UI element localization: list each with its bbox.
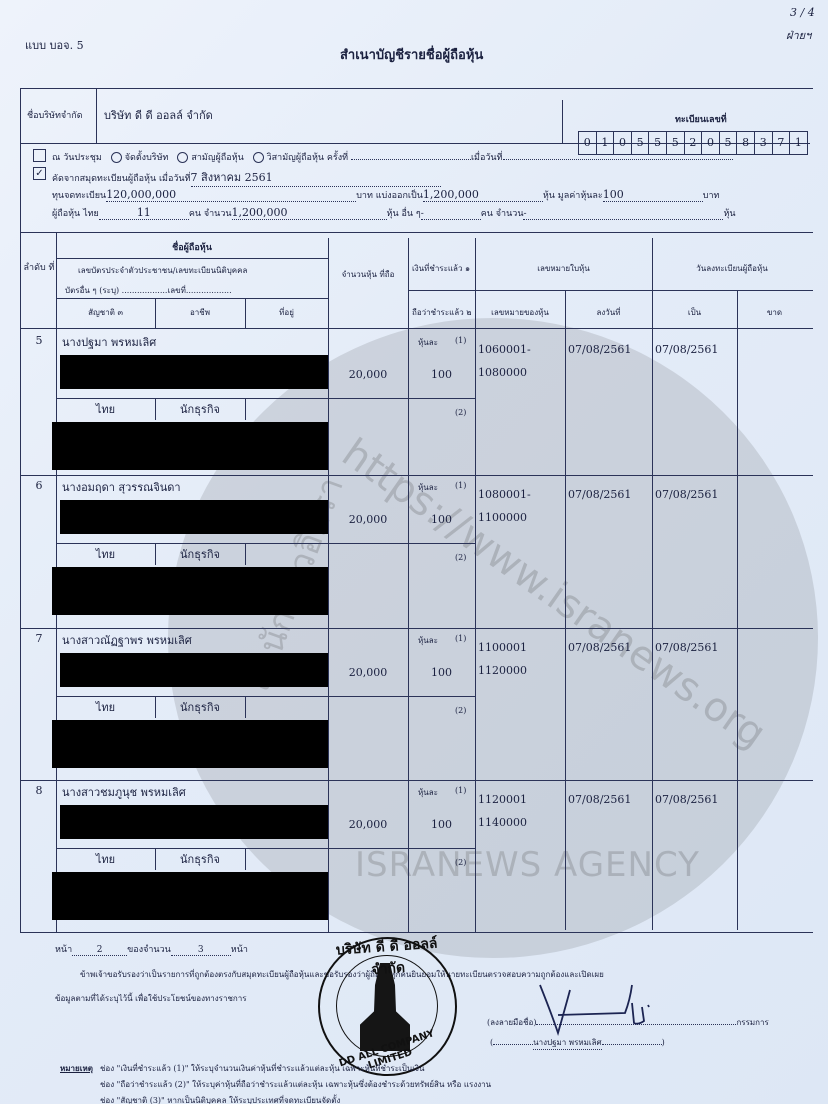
deemed-mark: (2) — [455, 408, 466, 417]
other-count: - — [421, 209, 481, 220]
date-label: เมื่อวันที่ — [471, 153, 503, 163]
extract-label: คัดจากสมุดทะเบียนผู้ถือหุ้น เมื่อวันที่ — [52, 174, 191, 184]
page-note: 3 / 4 — [790, 6, 815, 19]
page-label: หน้า — [55, 945, 72, 955]
capital-shares-unit: หุ้น มูลค่าหุ้นละ — [543, 191, 603, 201]
reg-digit: 3 — [755, 132, 773, 154]
redacted-id — [60, 500, 328, 534]
cert-dated: 07/08/2561 — [568, 343, 631, 356]
header-other-card: บัตรอื่น ๆ (ระบุ) ..................เลขท… — [65, 284, 232, 297]
holders-line: ผู้ถือหุ้น ไทย11คน จำนวน1,200,000หุ้น อื… — [52, 206, 736, 220]
paid-value: 100 — [408, 368, 475, 381]
extract-line: คัดจากสมุดทะเบียนผู้ถือหุ้น เมื่อวันที่7… — [52, 168, 441, 187]
deemed-mark: (2) — [455, 858, 466, 867]
header-share-no: เลขหมายของหุ้น — [475, 306, 565, 319]
occupation: นักธุรกิจ — [155, 545, 245, 563]
share-to: 1120000 — [478, 664, 527, 677]
watermark-agency: ISRANEWS AGENCY — [355, 845, 700, 885]
of-label: ของจำนวน — [127, 945, 171, 955]
capital-line: ทุนจดทะเบียน120,000,000บาท แบ่งออกเป็น1,… — [52, 188, 719, 202]
signature-scribble — [530, 975, 670, 1045]
form-code: แบบ บอจ. 5 — [25, 36, 84, 54]
shares-held: 20,000 — [328, 666, 408, 679]
holders-label: ผู้ถือหุ้น ไทย — [52, 209, 99, 219]
redacted-id — [60, 355, 328, 389]
page-counter: หน้า2ของจำนวน3หน้า — [55, 942, 248, 956]
nationality: ไทย — [56, 850, 155, 868]
capital-value: 120,000,000 — [106, 188, 356, 202]
capital-label: ทุนจดทะเบียน — [52, 191, 106, 201]
holder-name: นางปฐมา พรหมเลิศ — [62, 333, 156, 351]
other-persons: คน จำนวน — [481, 209, 524, 219]
sign-role: กรรมการ — [736, 1018, 768, 1027]
meeting-options: ณ วันประชุม จัดตั้งบริษัท สามัญผู้ถือหุ้… — [52, 150, 733, 164]
radio-extraordinary[interactable] — [253, 152, 264, 163]
page-number: 2 — [72, 945, 127, 956]
pages-label: หน้า — [231, 945, 248, 955]
other-shares: - — [523, 209, 723, 220]
capital-shares: 1,200,000 — [423, 188, 543, 202]
thai-shares: 1,200,000 — [232, 206, 387, 220]
nationality: ไทย — [56, 698, 155, 716]
header-paid: เงินที่ชำระแล้ว ๑ — [412, 262, 470, 275]
header-dated: ลงวันที่ — [565, 306, 652, 319]
note-1: ช่อง "เงินที่ชำระแล้ว (1)" ให้ระบุจำนวนเ… — [100, 1062, 424, 1075]
per-share-label: หุ้นละ — [418, 336, 438, 349]
paid-value: 100 — [408, 513, 475, 526]
reg-label: ทะเบียนเลขที่ — [675, 112, 727, 126]
became-date: 07/08/2561 — [655, 343, 718, 356]
header-address: ที่อยู่ — [245, 306, 328, 319]
header-holder-name: ชื่อผู้ถือหุ้น — [56, 240, 328, 254]
holders-unit: หุ้น — [723, 209, 735, 219]
row-order: 8 — [22, 784, 56, 797]
capital-par-unit: บาท — [703, 191, 720, 201]
became-date: 07/08/2561 — [655, 488, 718, 501]
company-label: ชื่อบริษัทจำกัด — [27, 108, 83, 122]
per-share-label: หุ้นละ — [418, 786, 438, 799]
reg-digit: 7 — [773, 132, 791, 154]
stamp-top-text: บริษัท ดี ดี ออลล์ จำกัด — [329, 932, 447, 984]
per-share-label: หุ้นละ — [418, 481, 438, 494]
paid-mark: (1) — [455, 481, 466, 490]
header-id-card: เลขบัตรประจำตัวประชาชน/เลขทะเบียนนิติบุค… — [78, 264, 247, 277]
header-ceased: ขาด — [737, 306, 812, 319]
header-reg-date: วันลงทะเบียนผู้ถือหุ้น — [652, 262, 812, 275]
redacted-address — [52, 872, 328, 920]
header-deemed-paid: ถือว่าชำระแล้ว ๒ — [412, 306, 472, 319]
cert-dated: 07/08/2561 — [568, 793, 631, 806]
notes-label: หมายเหตุ — [60, 1062, 93, 1075]
page-note-sub: ฝ่ายฯ — [786, 26, 811, 44]
share-to: 1080000 — [478, 366, 527, 379]
shares-held: 20,000 — [328, 818, 408, 831]
nationality: ไทย — [56, 400, 155, 418]
company-name: บริษัท ดี ดี ออลล์ จำกัด — [104, 106, 213, 124]
extract-checkbox[interactable]: ✓ — [33, 167, 46, 180]
redacted-id — [60, 805, 328, 839]
other-label: หุ้น อื่น ๆ — [387, 209, 421, 219]
row-order: 5 — [22, 334, 56, 347]
header-nationality: สัญชาติ ๓ — [56, 306, 155, 319]
paid-value: 100 — [408, 818, 475, 831]
redacted-address — [52, 422, 328, 470]
share-from: 1120001 — [478, 793, 527, 806]
share-to: 1100000 — [478, 511, 527, 524]
cert-dated: 07/08/2561 — [568, 641, 631, 654]
note-3: ช่อง "สัญชาติ (3)" หากเป็นนิติบุคคล ให้ร… — [100, 1094, 340, 1104]
row-order: 6 — [22, 479, 56, 492]
deemed-mark: (2) — [455, 553, 466, 562]
deemed-mark: (2) — [455, 706, 466, 715]
header-occupation: อาชีพ — [155, 306, 245, 319]
redacted-address — [52, 720, 328, 768]
thai-count: 11 — [99, 206, 189, 220]
paid-mark: (1) — [455, 336, 466, 345]
company-stamp: บริษัท ดี ดี ออลล์ จำกัด DD ALL COMPANY … — [318, 937, 457, 1076]
share-from: 1080001- — [478, 488, 531, 501]
occupation: นักธุรกิจ — [155, 400, 245, 418]
header-shares-held: จำนวนหุ้น ที่ถือ — [338, 268, 398, 281]
note-2: ช่อง "ถือว่าชำระแล้ว (2)" ให้ระบุค่าหุ้น… — [100, 1078, 491, 1091]
shares-held: 20,000 — [328, 513, 408, 526]
reg-digit: 8 — [737, 132, 755, 154]
radio-ordinary-label: สามัญผู้ถือหุ้น — [191, 153, 243, 163]
occupation: นักธุรกิจ — [155, 850, 245, 868]
became-date: 07/08/2561 — [655, 793, 718, 806]
occupation: นักธุรกิจ — [155, 698, 245, 716]
holder-name: นางสาวชมภูนุช พรหมเลิศ — [62, 783, 186, 801]
page-title: สำเนาบัญชีรายชื่อผู้ถือหุ้น — [340, 44, 483, 65]
share-from: 1100001 — [478, 641, 527, 654]
meeting-checkbox[interactable] — [33, 149, 46, 162]
per-share-label: หุ้นละ — [418, 634, 438, 647]
header-became: เป็น — [652, 306, 737, 319]
radio-founding-label: จัดตั้งบริษัท — [125, 153, 169, 163]
share-to: 1140000 — [478, 816, 527, 829]
paid-value: 100 — [408, 666, 475, 679]
header-cert-no: เลขหมายใบหุ้น — [475, 262, 652, 275]
radio-ordinary[interactable] — [177, 152, 188, 163]
header-order: ลำดับ ที่ — [22, 260, 56, 274]
row-order: 7 — [22, 632, 56, 645]
extract-date: 7 สิงหาคม 2561 — [191, 168, 441, 187]
page-total: 3 — [171, 945, 231, 956]
redacted-address — [52, 567, 328, 615]
capital-par: 100 — [603, 188, 703, 202]
redacted-id — [60, 653, 328, 687]
certification-line-2: ข้อมูลตามที่ได้ระบุไว้นี้ เพื่อใช้ประโยช… — [55, 992, 247, 1005]
shares-held: 20,000 — [328, 368, 408, 381]
capital-baht: บาท แบ่งออกเป็น — [356, 191, 423, 201]
cert-dated: 07/08/2561 — [568, 488, 631, 501]
radio-founding[interactable] — [111, 152, 122, 163]
holder-name: นางอมฤดา สุวรรณจินดา — [62, 478, 181, 496]
holder-name: นางสาวณัฏฐาพร พรหมเลิศ — [62, 631, 192, 649]
paid-mark: (1) — [455, 786, 466, 795]
became-date: 07/08/2561 — [655, 641, 718, 654]
radio-extraordinary-label: วิสามัญผู้ถือหุ้น ครั้งที่ — [267, 153, 348, 163]
nationality: ไทย — [56, 545, 155, 563]
meeting-label: ณ วันประชุม — [52, 153, 102, 163]
paid-mark: (1) — [455, 634, 466, 643]
holders-persons: คน จำนวน — [189, 209, 232, 219]
share-from: 1060001- — [478, 343, 531, 356]
reg-digit: 1 — [790, 132, 807, 154]
